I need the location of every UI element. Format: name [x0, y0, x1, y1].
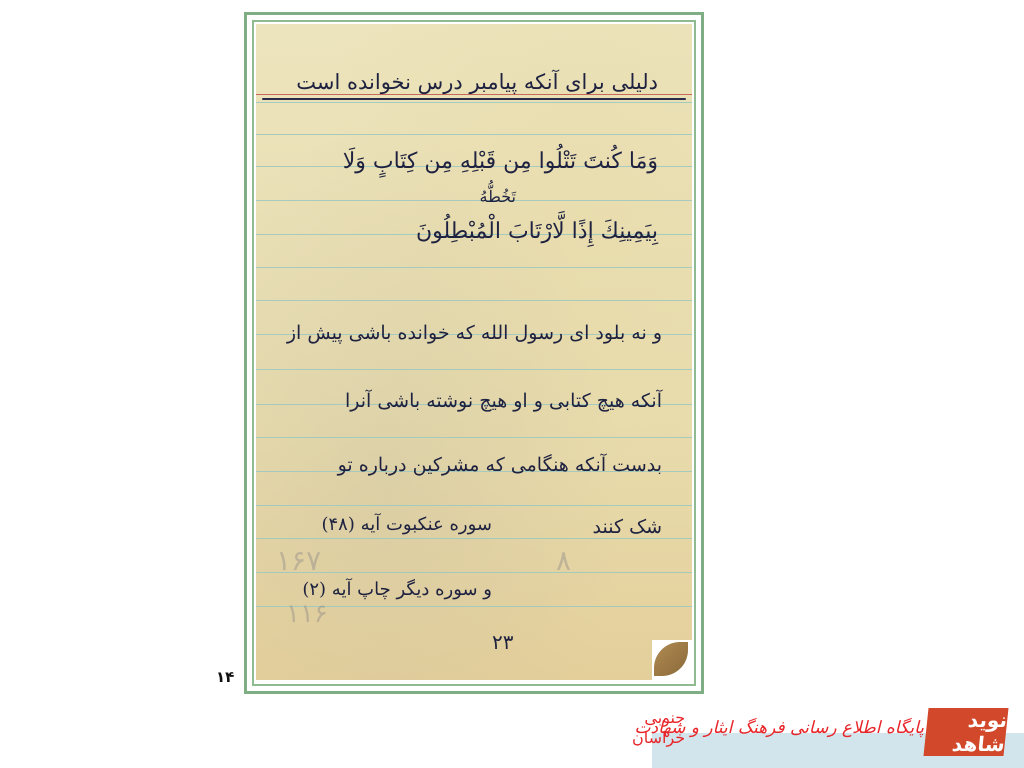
- pencil-note: ۱۱۶: [286, 599, 328, 629]
- logo-region-line1: جنوبی: [632, 708, 685, 728]
- heading-text: دلیلی برای آنکه پیامبر درس نخوانده است: [296, 70, 658, 94]
- handwritten-line: آنکه هیچ کتابی و او هیچ نوشته باشی آنرا: [345, 390, 662, 412]
- reference-line: سوره عنکبوت آیه (۴۸): [321, 514, 492, 535]
- margin-red-rule: [256, 94, 692, 95]
- logo-badge: نوید شاهد: [923, 708, 1008, 756]
- ruled-line: [256, 538, 692, 539]
- logo-region-line2: خراسان: [632, 728, 685, 748]
- ruled-line: [256, 437, 692, 438]
- logo-region: جنوبی خراسان: [632, 708, 685, 748]
- handwritten-line: شک کنند: [593, 516, 662, 538]
- ruled-line: [256, 300, 692, 301]
- pencil-note: ۱۶۷: [276, 544, 321, 577]
- site-logo[interactable]: نوید شاهد پایگاه اطلاع رسانی فرهنگ ایثار…: [624, 700, 1024, 768]
- handwritten-page-number: ۲۳: [492, 630, 513, 654]
- handwritten-line: وَمَا كُنتَ تَتْلُوا مِن قَبْلِهِ مِن كِ…: [343, 149, 658, 174]
- ruled-line: [256, 505, 692, 506]
- heading-underline: [262, 98, 686, 100]
- handwritten-line: بِيَمِينِكَ إِذًا لَّارْتَابَ الْمُبْطِل…: [416, 219, 658, 244]
- handwritten-line: بدست آنکه هنگامی که مشرکین درباره تو: [338, 454, 662, 476]
- ruled-line: [256, 267, 692, 268]
- ruled-line: [256, 572, 692, 573]
- reference-line: و سوره دیگر چاپ آیه (۲): [302, 579, 492, 600]
- ruled-line: [256, 102, 692, 103]
- pencil-note: ۸: [556, 544, 571, 577]
- paper-sheet: ۱۶۷ ۱۱۶ ۸ دلیلی برای آنکه پیامبر درس نخو…: [256, 24, 692, 680]
- handwritten-line: تَخُطُّهُ: [480, 187, 516, 206]
- ruled-line: [256, 369, 692, 370]
- scanned-notebook-page: ۱۶۷ ۱۱۶ ۸ دلیلی برای آنکه پیامبر درس نخو…: [244, 12, 704, 694]
- ruled-line: [256, 134, 692, 135]
- ruled-line: [256, 200, 692, 201]
- handwritten-line: و نه بلود ای رسول الله که خوانده باشی پی…: [287, 322, 662, 344]
- side-page-number: ۱۴: [216, 668, 234, 686]
